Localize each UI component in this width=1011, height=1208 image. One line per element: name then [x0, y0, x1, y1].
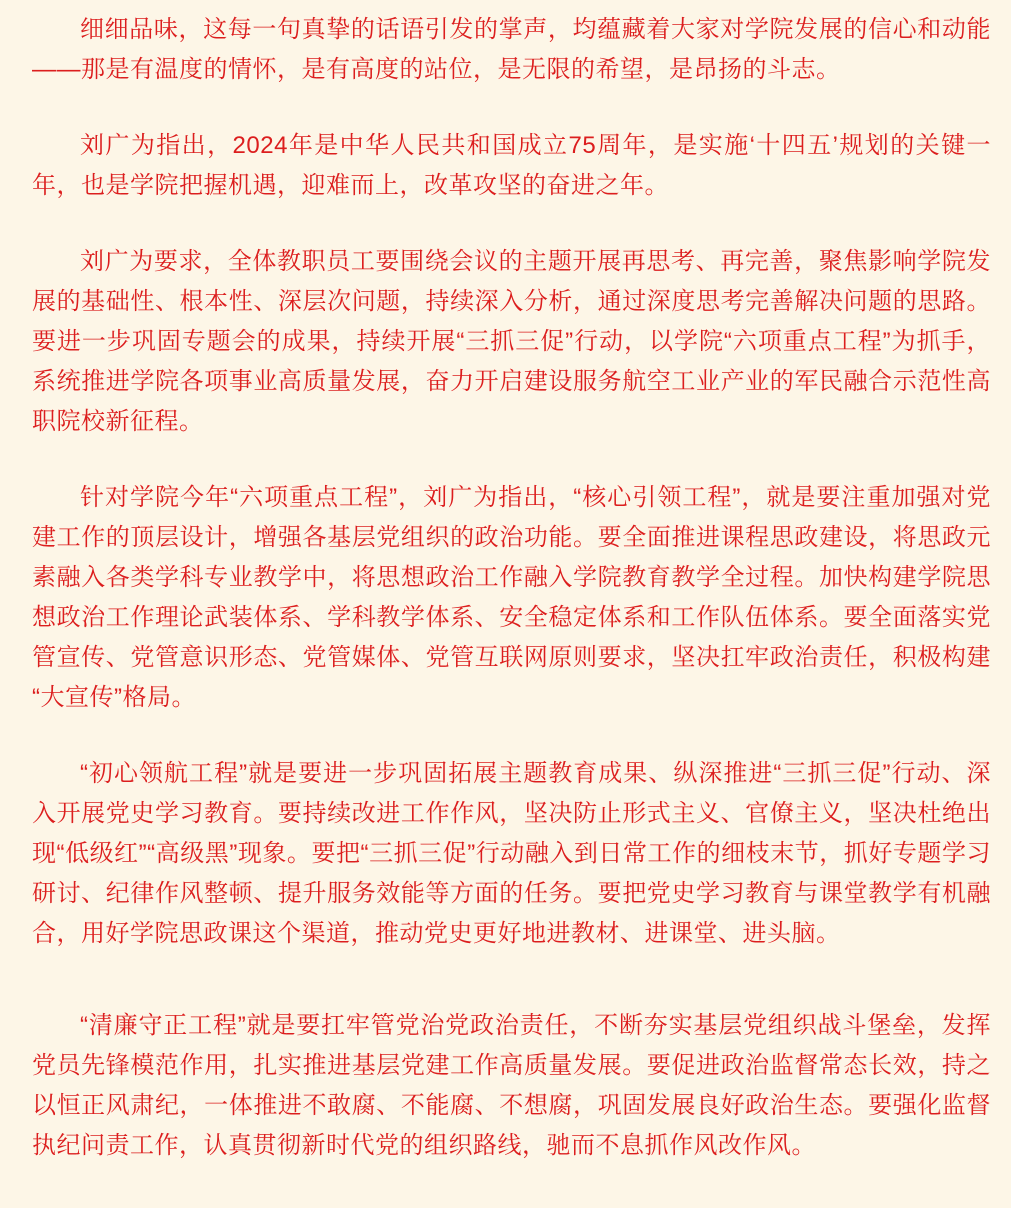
- article-body: 细细品味，这每一句真挚的话语引发的掌声，均蕴藏着大家对学院发展的信心和动能——那…: [0, 0, 1011, 1206]
- paragraph-2024-overview: 刘广为指出，2024年是中华人民共和国成立75周年，是实施‘十四五’规划的关键一…: [32, 126, 991, 206]
- paragraph-applause-summary: 细细品味，这每一句真挚的话语引发的掌声，均蕴藏着大家对学院发展的信心和动能——那…: [32, 10, 991, 90]
- paragraph-requirements: 刘广为要求，全体教职员工要围绕会议的主题开展再思考、再完善，聚焦影响学院发展的基…: [32, 242, 991, 442]
- paragraph-core-leading-project: 针对学院今年“六项重点工程”，刘广为指出，“核心引领工程”，就是要注重加强对党建…: [32, 478, 991, 718]
- paragraph-integrity-project: “清廉守正工程”就是要扛牢管党治党政治责任，不断夯实基层党组织战斗堡垒，发挥党员…: [32, 1006, 991, 1166]
- paragraph-initial-heart-project: “初心领航工程”就是要进一步巩固拓展主题教育成果、纵深推进“三抓三促”行动、深入…: [32, 754, 991, 954]
